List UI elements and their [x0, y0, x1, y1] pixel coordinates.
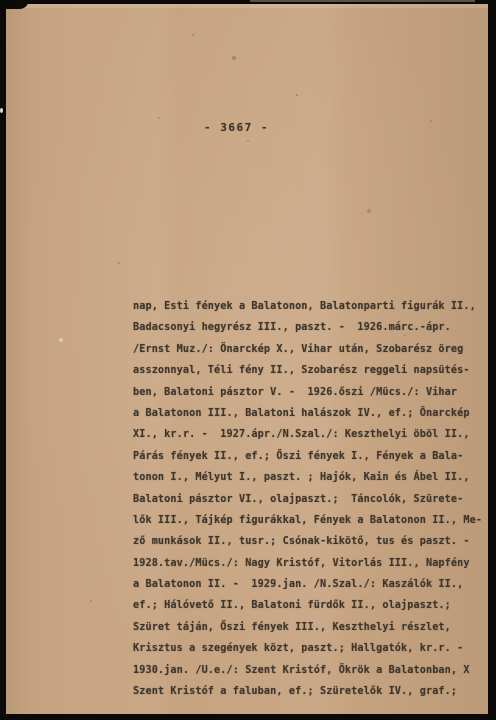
- text-line: ef.; Hálóvető II., Balatoni fürdők II., …: [133, 595, 483, 616]
- page-number: - 3667 -: [204, 121, 269, 134]
- text-line: tonon I., Mélyut I., paszt. ; Hajók, Kai…: [133, 467, 483, 488]
- text-line: Badacsonyi hegyrész III., paszt. - 1926.…: [133, 317, 483, 338]
- text-line: a Balatonon II. - 1929.jan. /N.Szal./: K…: [133, 574, 483, 595]
- paper-top-edge: [6, 4, 488, 8]
- paper: - 3667 - nap, Esti fények a Balatonon, B…: [6, 4, 488, 714]
- text-line: nap, Esti fények a Balatonon, Balatonpar…: [133, 296, 483, 317]
- text-line: Krisztus a szegények közt, paszt.; Hallg…: [133, 638, 483, 659]
- scanned-document-page: - 3667 - nap, Esti fények a Balatonon, B…: [0, 0, 496, 720]
- scan-edge-strip: [250, 0, 475, 2]
- text-line: /Ernst Muz./: Önarckép X., Vihar után, S…: [133, 339, 483, 360]
- text-line: ben, Balatoni pásztor V. - 1926.őszi /Mü…: [133, 382, 483, 403]
- text-line: lők III., Tájkép figurákkal, Fények a Ba…: [133, 510, 483, 531]
- text-line: 1930.jan. /U.e./: Szent Kristóf, Ökrök a…: [133, 660, 483, 681]
- text-line: Szüret táján, Őszi fények III., Keszthel…: [133, 617, 483, 638]
- text-line: XI., kr.r. - 1927.ápr./N.Szal./: Keszthe…: [133, 424, 483, 445]
- scan-border-bump: [0, 40, 4, 62]
- text-line: asszonnyal, Téli fény II., Szobarész reg…: [133, 360, 483, 381]
- text-line: a Balatonon III., Balatoni halászok IV.,…: [133, 403, 483, 424]
- text-line: 1928.tav./Mücs./: Nagy Kristóf, Vitorlás…: [133, 553, 483, 574]
- text-line: Balatoni pásztor VI., olajpaszt.; Táncol…: [133, 489, 483, 510]
- scan-border-notch: [0, 0, 28, 9]
- text-line: ző munkások II., tusr.; Csónak-kikötő, t…: [133, 531, 483, 552]
- text-line: Párás fények II., ef.; Őszi fények I., F…: [133, 446, 483, 467]
- text-block: nap, Esti fények a Balatonon, Balatonpar…: [133, 296, 483, 702]
- text-line: Szent Kristóf a faluban, ef.; Szüretelők…: [133, 681, 483, 702]
- scan-edge-speck: [0, 108, 3, 113]
